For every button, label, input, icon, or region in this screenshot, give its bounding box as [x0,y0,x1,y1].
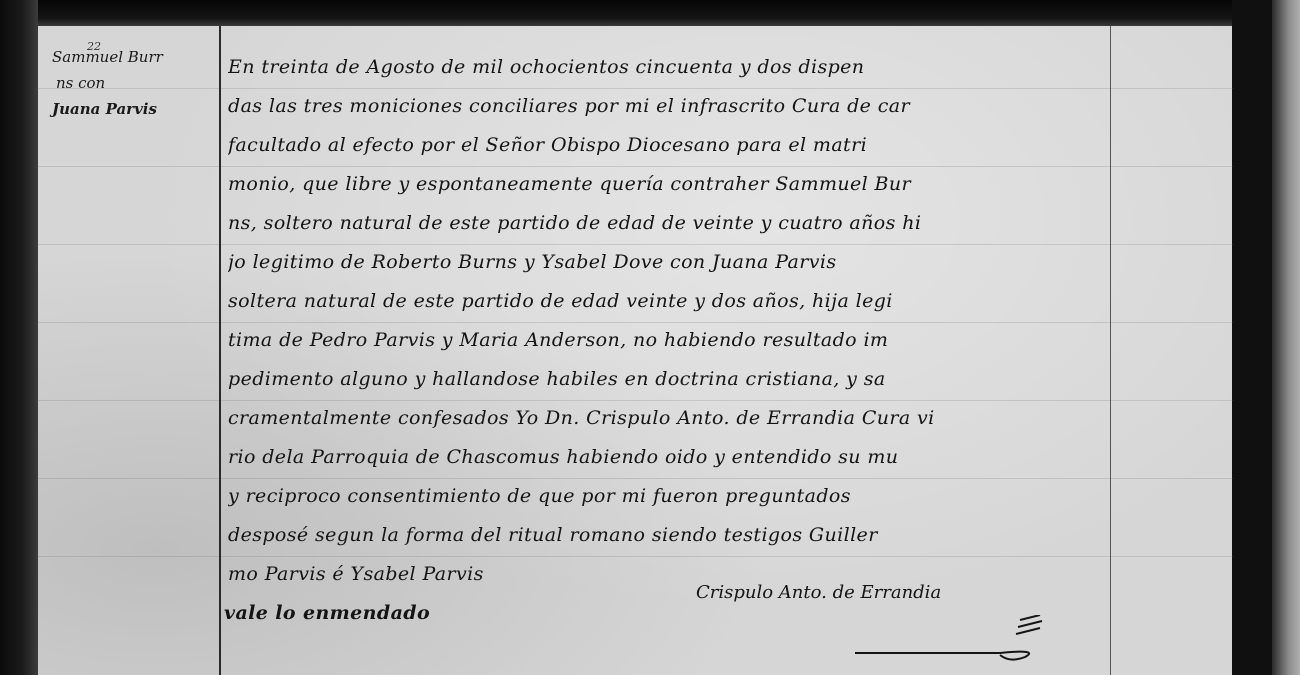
text-line: monio, que libre y espontaneamente querí… [228,165,1233,204]
text-line: soltera natural de este partido de edad … [228,282,1233,321]
priest-signature: Crispulo Anto. de Errandia [696,582,941,603]
adjacent-page-edge [1272,0,1300,675]
text-line: y reciproco consentimiento de que por mi… [228,477,1233,516]
margin-note-line: Sammuel Burr [52,44,217,70]
text-line: pedimento alguno y hallandose habiles en… [228,360,1233,399]
margin-note-line: ns con [52,70,217,96]
entry-body-text: En treinta de Agosto de mil ochocientos … [228,48,1233,633]
book-binding-gutter [1232,0,1272,675]
margin-note-line: Juana Parvis [52,96,217,122]
text-line: cramentalmente confesados Yo Dn. Crispul… [228,399,1233,438]
text-line: ns, soltero natural de este partido de e… [228,204,1233,243]
text-line: jo legitimo de Roberto Burns y Ysabel Do… [228,243,1233,282]
text-line: desposé segun la forma del ritual romano… [228,516,1233,555]
entry-number: 22 [87,34,101,60]
text-line: tima de Pedro Parvis y Maria Anderson, n… [228,321,1233,360]
left-page-edge [0,0,38,675]
margin-annotation: 22 Sammuel Burr ns con Juana Parvis [52,44,217,122]
text-line: das las tres moniciones conciliares por … [228,87,1233,126]
text-line: rio dela Parroquia de Chascomus habiendo… [228,438,1233,477]
text-line: En treinta de Agosto de mil ochocientos … [228,48,1233,87]
left-margin-rule [219,26,221,675]
signature-rubric-flourish [850,615,1050,665]
text-line: facultado al efecto por el Señor Obispo … [228,126,1233,165]
top-frame-shadow [0,0,1300,26]
